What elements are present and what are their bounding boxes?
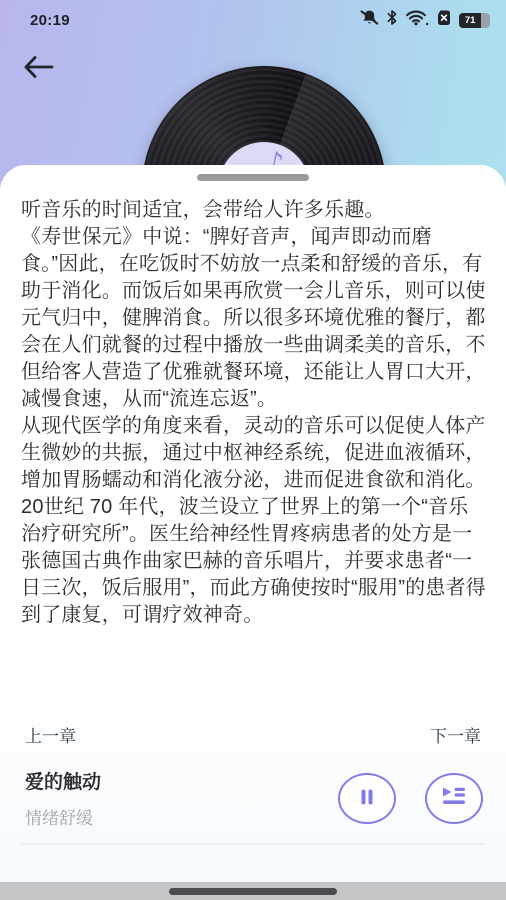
pause-button[interactable] <box>338 773 396 824</box>
player-bar: 爱的触动 情绪舒缓 <box>25 759 483 837</box>
article-paragraph: 从现代医学的角度来看，灵动的音乐可以促使人体产生微妙的共振，通过中枢神经系统，促… <box>21 413 488 629</box>
status-time: 20:19 <box>30 12 70 29</box>
track-subtitle: 情绪舒缓 <box>25 804 101 829</box>
prev-chapter-link[interactable]: 上一章 <box>25 722 76 747</box>
gesture-pill[interactable] <box>169 888 337 895</box>
back-button[interactable] <box>22 54 56 82</box>
next-chapter-link[interactable]: 下一章 <box>430 722 481 747</box>
content-sheet: 听音乐的时间适宜，会带给人许多乐趣。 《寿世保元》中说：“脾好音声，闻声即动而磨… <box>0 165 506 900</box>
bluetooth-icon <box>386 9 398 31</box>
wifi-icon <box>405 9 429 31</box>
sheet-drag-handle[interactable] <box>197 174 309 181</box>
player-controls <box>338 773 483 824</box>
system-nav-bar <box>0 882 506 900</box>
divider <box>21 843 485 845</box>
track-title: 爱的触动 <box>25 767 101 794</box>
music-reading-screen: 20:19 <box>0 0 506 900</box>
article-text: 听音乐的时间适宜，会带给人许多乐趣。 《寿世保元》中说：“脾好音声，闻声即动而磨… <box>21 197 488 719</box>
battery-level: 71 <box>459 13 481 28</box>
play-queue-button[interactable] <box>425 773 483 824</box>
play-queue-icon <box>442 787 466 809</box>
track-info: 爱的触动 情绪舒缓 <box>25 767 101 829</box>
article-paragraph: 听音乐的时间适宜，会带给人许多乐趣。 <box>21 197 488 224</box>
sim-card-missing-icon <box>436 9 452 31</box>
battery-icon: 71 <box>459 13 490 28</box>
notifications-off-icon <box>360 9 379 31</box>
pause-icon <box>359 788 375 809</box>
status-icons: 71 <box>360 9 490 31</box>
chapter-nav: 上一章 下一章 <box>25 722 481 747</box>
status-bar: 20:19 <box>0 0 506 40</box>
article-paragraph: 《寿世保元》中说：“脾好音声，闻声即动而磨食。”因此，在吃饭时不妨放一点柔和舒缓… <box>21 224 488 413</box>
